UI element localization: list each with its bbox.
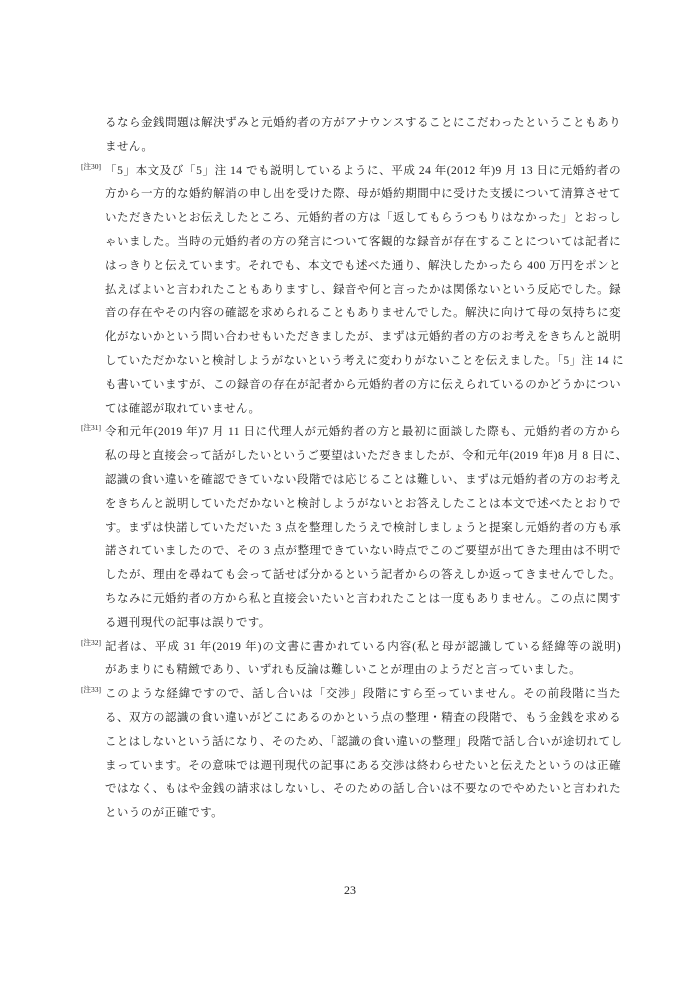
text-line: 方から一方的な婚約解消の申し出を受けた際、母が婚約期間中に受けた支援について清算… bbox=[105, 183, 621, 207]
text-line: る週刊現代の記事は誤りです。 bbox=[105, 612, 621, 636]
text-line: というのが正確です。 bbox=[105, 802, 621, 826]
text-line: ては確認が取れていません。 bbox=[105, 398, 621, 422]
text-line: 認識の食い違いを確認できていない段階では応じることは難しい、まずは元婚約者の方の… bbox=[105, 469, 621, 493]
footnote-paragraph: [注33]このような経緯ですので、話し合いは「交渉」段階にすら至っていません。そ… bbox=[105, 683, 621, 826]
text-line: ません。 bbox=[105, 136, 621, 160]
text-line: 「5」本文及び「5」注 14 でも説明しているように、平成 24 年(2012 … bbox=[105, 160, 621, 184]
text-line: していただかないと検討しようがないという考えに変わりがないことを伝えました。「5… bbox=[105, 350, 621, 374]
text-line: 私の母と直接会って話がしたいというご要望はいただきましたが、令和元年(2019 … bbox=[105, 445, 621, 469]
text-line: があまりにも精緻であり、いずれも反論は難しいことが理由のようだと言っていました。 bbox=[105, 659, 621, 683]
footnote-marker: [注32] bbox=[81, 638, 105, 648]
text-line: 音の存在やその内容の確認を求められることもありませんでした。解決に向けて母の気持… bbox=[105, 302, 621, 326]
footnote-paragraph: [注32]記者は、平成 31 年(2019 年)の文書に書かれている内容(私と母… bbox=[105, 636, 621, 684]
text-line: 諾されていましたので、その 3 点が整理できていない時点でこのご要望が出てきた理… bbox=[105, 540, 621, 564]
text-line: ことはしないという話になり、そのため、「認識の食い違いの整理」段階で話し合いが途… bbox=[105, 731, 621, 755]
text-line: も書いていますが、この録音の存在が記者から元婚約者の方に伝えられているのかどうか… bbox=[105, 374, 621, 398]
body-paragraph: るなら金銭問題は解決ずみと元婚約者の方がアナウンスすることにこだわったということ… bbox=[105, 112, 621, 160]
text-line: ではなく、もはや金銭の請求はしないし、そのための話し合いは不要なのでやめたいと言… bbox=[105, 778, 621, 802]
text-line: まっています。その意味では週刊現代の記事にある交渉は終わらせたいと伝えたというの… bbox=[105, 755, 621, 779]
footnote-paragraph: [注30]「5」本文及び「5」注 14 でも説明しているように、平成 24 年(… bbox=[105, 160, 621, 422]
text-line: る、双方の認識の食い違いがどこにあるのかという点の整理・精査の段階で、もう金銭を… bbox=[105, 707, 621, 731]
text-line: 記者は、平成 31 年(2019 年)の文書に書かれている内容(私と母が認識して… bbox=[105, 636, 621, 660]
text-line: ちなみに元婚約者の方から私と直接会いたいと言われたことは一度もありません。この点… bbox=[105, 588, 621, 612]
text-line: 化がないかという問い合わせもいただきましたが、まずは元婚約者の方のお考えをきちん… bbox=[105, 326, 621, 350]
text-line: 払えばよいと言われたこともありますし、録音や何と言ったかは関係ないという反応でし… bbox=[105, 279, 621, 303]
text-line: す。まずは快諾していただいた 3 点を整理したうえで検討しましょうと提案し元婚約… bbox=[105, 517, 621, 541]
text-line: いただきたいとお伝えしたところ、元婚約者の方は「返してもらうつもりはなかった」と… bbox=[105, 207, 621, 231]
text-line: 令和元年(2019 年)7 月 11 日に代理人が元婚約者の方と最初に面談した際… bbox=[105, 421, 621, 445]
body-text: るなら金銭問題は解決ずみと元婚約者の方がアナウンスすることにこだわったということ… bbox=[105, 112, 621, 826]
footnote-marker: [注33] bbox=[81, 685, 105, 695]
text-line: をきちんと説明していただかないと検討しようがないとお答えしたことは本文で述べたと… bbox=[105, 493, 621, 517]
text-line: したが、理由を尋ねても会って話せば分かるという記者からの答えしか返ってきませんで… bbox=[105, 564, 621, 588]
footnote-paragraph: [注31]令和元年(2019 年)7 月 11 日に代理人が元婚約者の方と最初に… bbox=[105, 421, 621, 635]
text-line: このような経緯ですので、話し合いは「交渉」段階にすら至っていません。その前段階に… bbox=[105, 683, 621, 707]
text-line: はっきりと伝えています。それでも、本文でも述べた通り、解決したかったら 400 … bbox=[105, 255, 621, 279]
footnote-marker: [注31] bbox=[81, 423, 105, 433]
footnote-marker: [注30] bbox=[81, 162, 105, 172]
document-page: るなら金銭問題は解決ずみと元婚約者の方がアナウンスすることにこだわったということ… bbox=[0, 0, 700, 989]
page-number: 23 bbox=[0, 882, 700, 898]
text-line: ゃいました。当時の元婚約者の方の発言について客観的な録音が存在することについては… bbox=[105, 231, 621, 255]
text-line: るなら金銭問題は解決ずみと元婚約者の方がアナウンスすることにこだわったということ… bbox=[105, 112, 621, 136]
